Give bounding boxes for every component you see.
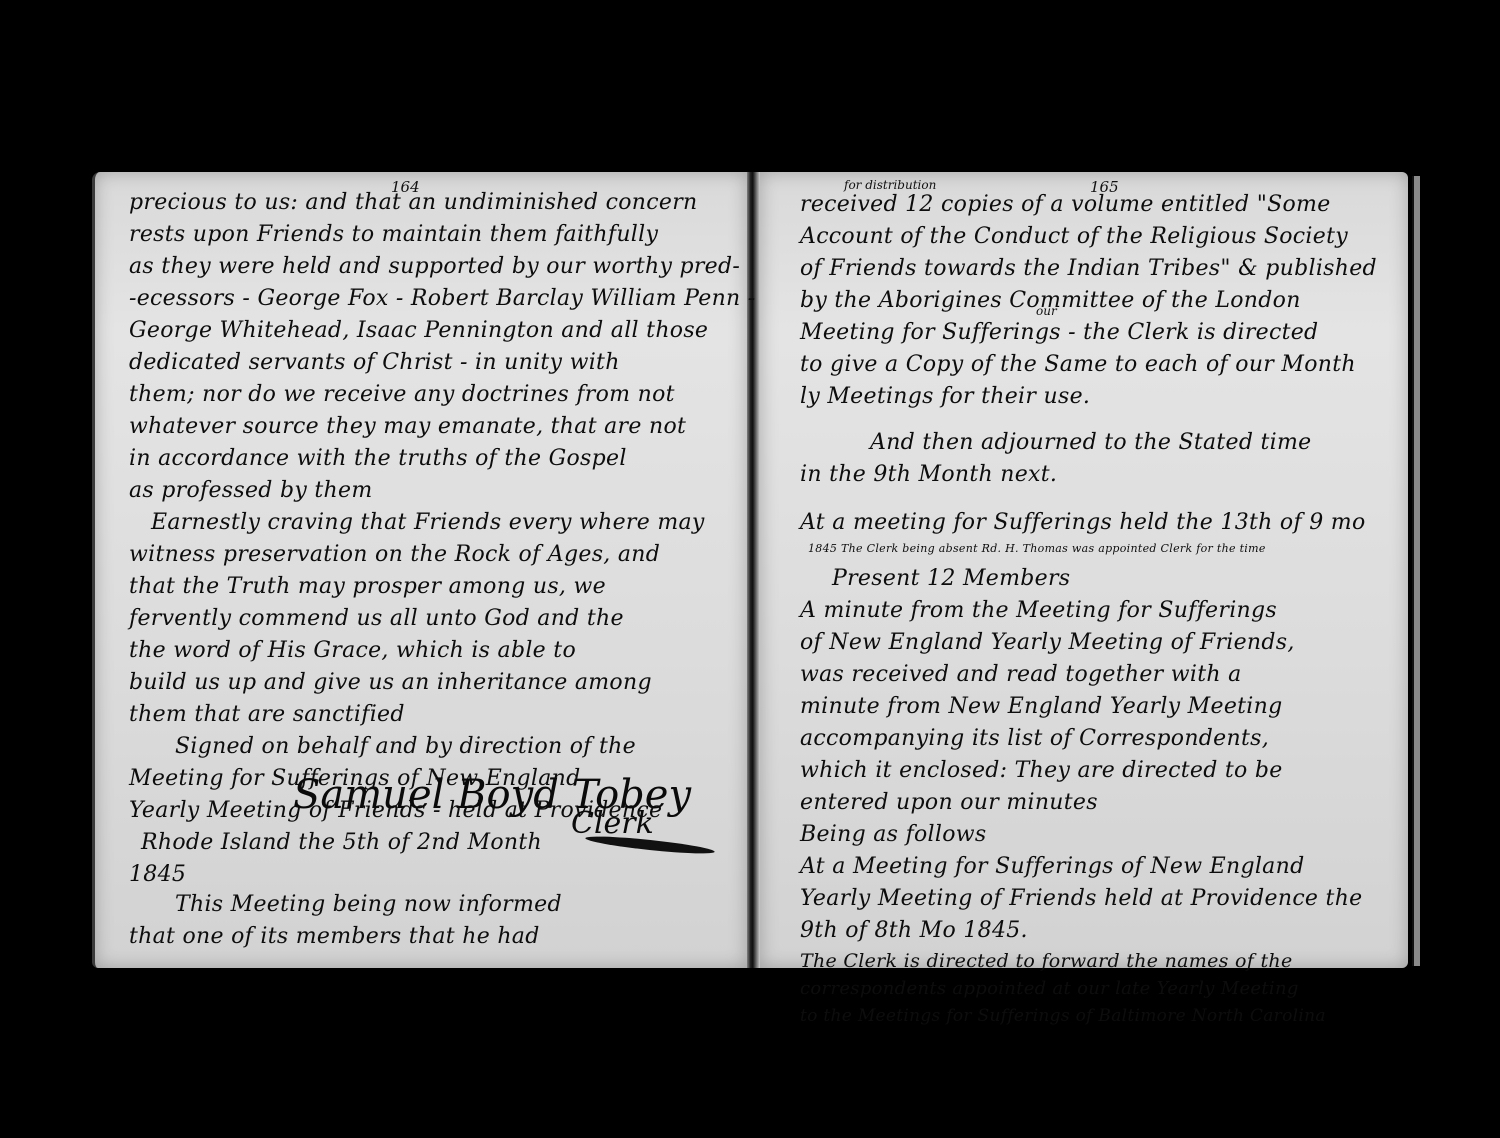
- text-line: Meeting for Sufferings - the Clerk is di…: [800, 320, 1318, 345]
- meeting-header: 1845 The Clerk being absent Rd. H. Thoma…: [808, 542, 1266, 555]
- text-line: received 12 copies of a volume entitled …: [800, 192, 1331, 217]
- text-line: At a Meeting for Sufferings of New Engla…: [800, 854, 1304, 879]
- text-line: dedicated servants of Christ - in unity …: [129, 350, 620, 375]
- text-line: as professed by them: [129, 478, 372, 503]
- interlinear-note: our: [1036, 304, 1057, 318]
- page-edge: [1412, 176, 1420, 966]
- text-line: to give a Copy of the Same to each of ou…: [800, 352, 1356, 377]
- text-line: of New England Yearly Meeting of Friends…: [800, 630, 1295, 655]
- text-line: them; nor do we receive any doctrines fr…: [129, 382, 675, 407]
- text-line: precious to us: and that an undiminished…: [129, 190, 698, 215]
- text-line: entered upon our minutes: [800, 790, 1098, 815]
- text-line: Rhode Island the 5th of 2nd Month: [141, 830, 542, 855]
- text-line: in the 9th Month next.: [800, 462, 1057, 487]
- text-line: 1845: [129, 862, 186, 887]
- text-line: the word of His Grace, which is able to: [129, 638, 576, 663]
- present-count: Present 12 Members: [832, 566, 1070, 591]
- text-line: correspondents appointed at our late Yea…: [800, 978, 1299, 999]
- text-line: George Whitehead, Isaac Pennington and a…: [129, 318, 708, 343]
- text-line: that the Truth may prosper among us, we: [129, 574, 606, 599]
- text-line: them that are sanctified: [129, 702, 405, 727]
- text-line: Yearly Meeting of Friends held at Provid…: [800, 886, 1362, 911]
- text-line: build us up and give us an inheritance a…: [129, 670, 652, 695]
- text-line: accompanying its list of Correspondents,: [800, 726, 1269, 751]
- left-page: 164 precious to us: and that an undimini…: [92, 172, 747, 968]
- text-line: fervently commend us all unto God and th…: [129, 606, 624, 631]
- text-line: was received and read together with a: [800, 662, 1242, 687]
- text-line: -ecessors - George Fox - Robert Barclay …: [129, 286, 756, 311]
- right-page: for distribution 165 received 12 copies …: [760, 172, 1408, 968]
- text-line: And then adjourned to the Stated time: [870, 430, 1311, 455]
- text-line: Signed on behalf and by direction of the: [175, 734, 636, 759]
- text-line: Being as follows: [800, 822, 987, 847]
- text-line: that one of its members that he had: [129, 924, 540, 949]
- text-line: This Meeting being now informed: [175, 892, 562, 917]
- text-line: 9th of 8th Mo 1845.: [800, 918, 1028, 943]
- text-line: which it enclosed: They are directed to …: [800, 758, 1283, 783]
- text-line: to the Meetings for Sufferings of Baltim…: [800, 1006, 1326, 1026]
- text-line: whatever source they may emanate, that a…: [129, 414, 686, 439]
- text-line: Earnestly craving that Friends every whe…: [151, 510, 705, 535]
- text-line: of Friends towards the Indian Tribes" & …: [800, 256, 1377, 281]
- text-line: Account of the Conduct of the Religious …: [800, 224, 1348, 249]
- text-line: The Clerk is directed to forward the nam…: [800, 950, 1292, 972]
- text-line: rests upon Friends to maintain them fait…: [129, 222, 658, 247]
- text-line: witness preservation on the Rock of Ages…: [129, 542, 660, 567]
- text-line: ly Meetings for their use.: [800, 384, 1090, 409]
- text-line: A minute from the Meeting for Sufferings: [800, 598, 1277, 623]
- text-line: as they were held and supported by our w…: [129, 254, 740, 279]
- text-line: minute from New England Yearly Meeting: [800, 694, 1282, 719]
- text-line: in accordance with the truths of the Gos…: [129, 446, 627, 471]
- meeting-header: At a meeting for Sufferings held the 13t…: [800, 510, 1366, 535]
- interlinear-note: for distribution: [844, 178, 936, 192]
- signature-title: Clerk: [571, 806, 654, 841]
